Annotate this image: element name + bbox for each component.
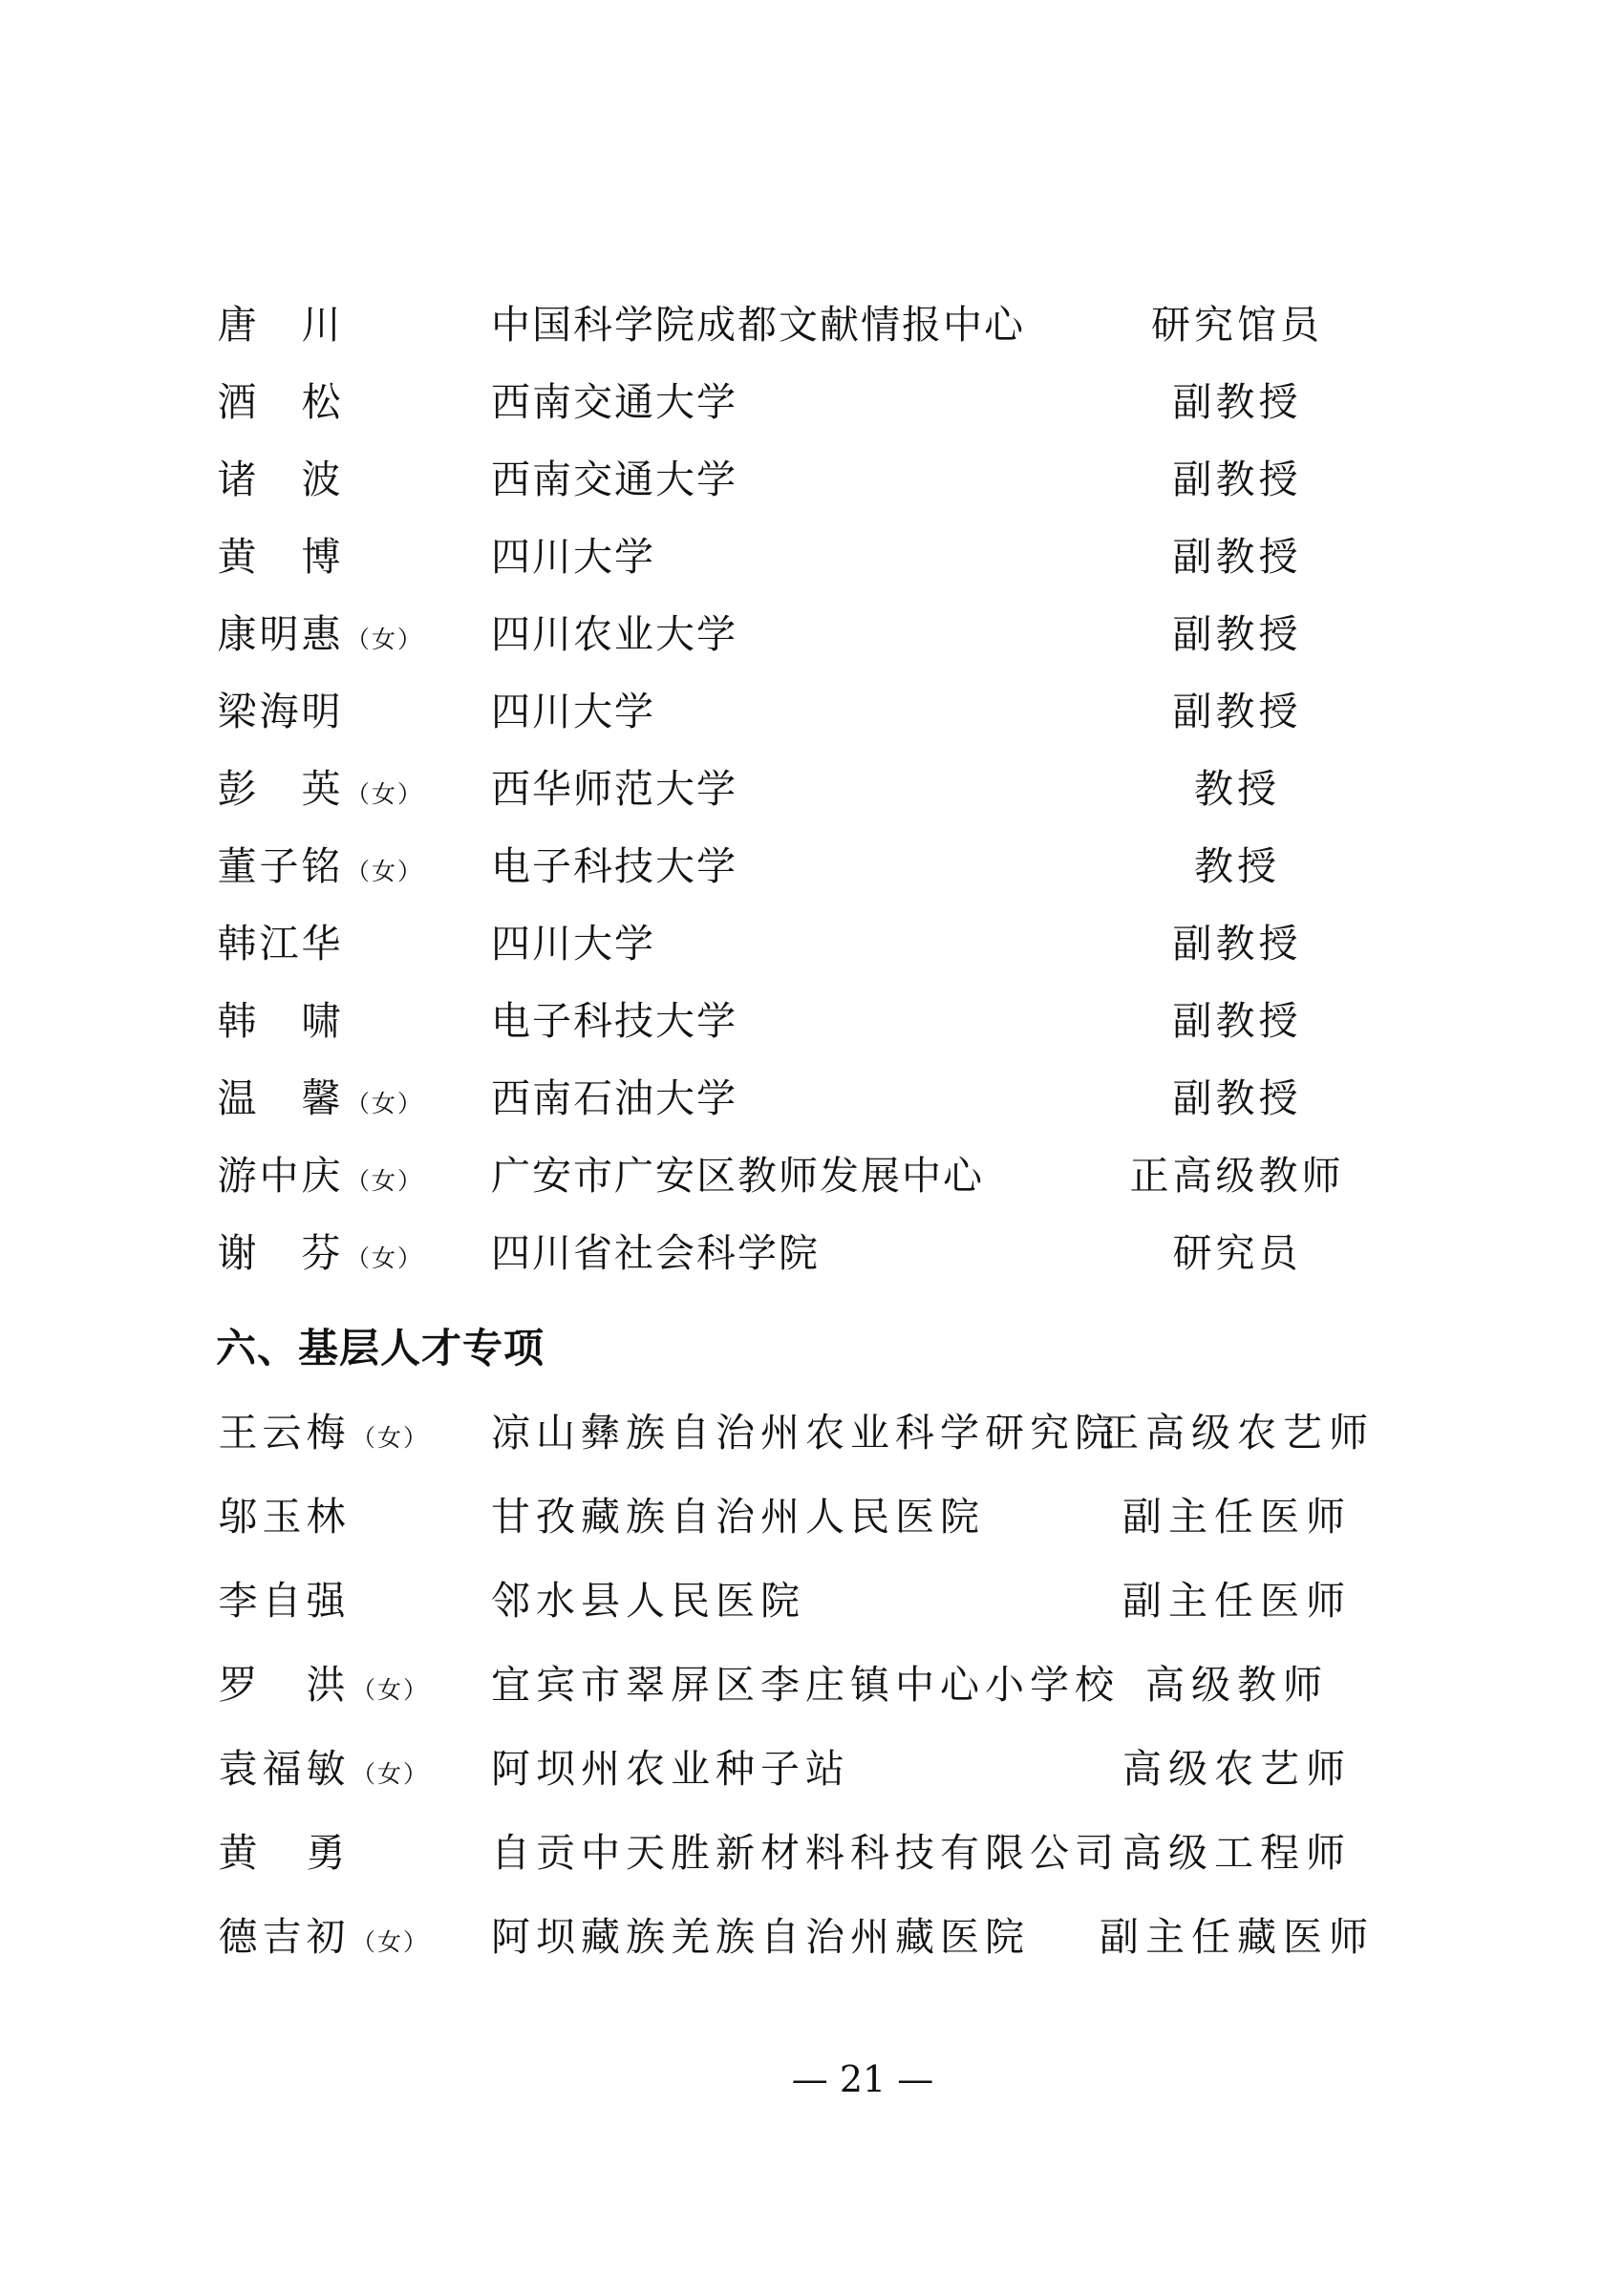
female-marker: （女） — [346, 1075, 423, 1133]
name-char: 勇 — [304, 1824, 348, 1881]
professional-title: 研究馆员 — [1046, 296, 1428, 353]
section-heading: 六、基层人才专项 — [216, 1322, 545, 1375]
list-row: 邬玉林 甘孜藏族自治州人民医院 副主任医师 — [0, 1488, 1624, 1545]
name-char: 德 — [216, 1908, 260, 1966]
list-row: 李自强 邻水县人民医院 副主任医师 — [0, 1572, 1624, 1629]
organization: 电子科技大学 — [491, 992, 737, 1050]
organization: 宜宾市翠屏区李庄镇中心小学校 — [491, 1656, 1120, 1713]
person-name: 康明惠（女） — [216, 606, 483, 663]
professional-title: 副教授 — [1046, 373, 1428, 431]
person-name: 游中庆（女） — [216, 1147, 483, 1204]
person-name: 罗洪（女） — [216, 1656, 483, 1713]
list-row: 诸波 西南交通大学 副教授 — [0, 451, 1624, 508]
name-char: 玉 — [260, 1488, 304, 1545]
name-char: 惠 — [300, 606, 342, 663]
name-char: 波 — [300, 451, 342, 508]
professional-title: 正高级教师 — [1046, 1147, 1428, 1204]
person-name: 袁福敏（女） — [216, 1740, 483, 1797]
name-char: 酒 — [216, 373, 258, 431]
list-row: 董子铭（女） 电子科技大学 教授 — [0, 838, 1624, 895]
organization: 西南交通大学 — [491, 451, 737, 508]
female-marker: （女） — [346, 1230, 423, 1287]
name-char: 邬 — [216, 1488, 260, 1545]
organization: 阿坝州农业种子站 — [491, 1740, 850, 1797]
list-row: 彭英（女） 西华师范大学 教授 — [0, 760, 1624, 818]
person-name: 诸波 — [216, 451, 483, 508]
person-name: 温馨（女） — [216, 1070, 483, 1127]
person-name: 董子铭（女） — [216, 838, 483, 895]
organization: 四川大学 — [491, 915, 655, 972]
organization: 凉山彝族自治州农业科学研究院 — [491, 1404, 1120, 1461]
professional-title: 副教授 — [1046, 915, 1428, 972]
person-name: 韩江华 — [216, 915, 483, 972]
name-char: 海 — [258, 683, 300, 740]
professional-title: 高级工程师 — [1046, 1824, 1428, 1881]
professional-title: 教授 — [1046, 838, 1428, 895]
professional-title: 教授 — [1046, 760, 1428, 818]
organization: 四川大学 — [491, 683, 655, 740]
person-name: 黄勇 — [216, 1824, 483, 1881]
person-name: 梁海明 — [216, 683, 483, 740]
name-char: 啸 — [300, 992, 342, 1050]
name-char: 吉 — [260, 1908, 304, 1966]
list-row: 唐川 中国科学院成都文献情报中心 研究馆员 — [0, 296, 1624, 353]
person-name: 彭英（女） — [216, 760, 483, 818]
name-char: 馨 — [300, 1070, 342, 1127]
organization: 广安市广安区教师发展中心 — [491, 1147, 984, 1204]
name-char: 敏 — [304, 1740, 348, 1797]
name-char: 王 — [216, 1404, 260, 1461]
list-row: 康明惠（女） 四川农业大学 副教授 — [0, 606, 1624, 663]
name-char: 康 — [216, 606, 258, 663]
female-marker: （女） — [352, 1410, 429, 1467]
person-name: 李自强 — [216, 1572, 483, 1629]
name-char: 英 — [300, 760, 342, 818]
organization: 西南石油大学 — [491, 1070, 737, 1127]
name-char: 铭 — [300, 838, 342, 895]
name-char: 子 — [258, 838, 300, 895]
person-name: 韩啸 — [216, 992, 483, 1050]
professional-title: 副教授 — [1046, 992, 1428, 1050]
name-char: 韩 — [216, 915, 258, 972]
name-char: 云 — [260, 1404, 304, 1461]
female-marker: （女） — [352, 1746, 429, 1803]
professional-title: 副教授 — [1046, 528, 1428, 585]
name-char: 庆 — [300, 1147, 342, 1204]
organization: 四川农业大学 — [491, 606, 737, 663]
person-name: 唐川 — [216, 296, 483, 353]
name-char: 江 — [258, 915, 300, 972]
list-row: 黄勇 自贡中天胜新材料科技有限公司 高级工程师 — [0, 1824, 1624, 1881]
name-char: 芬 — [300, 1224, 342, 1282]
name-char: 林 — [304, 1488, 348, 1545]
name-char: 福 — [260, 1740, 304, 1797]
organization: 西华师范大学 — [491, 760, 737, 818]
name-char: 松 — [300, 373, 342, 431]
name-char: 强 — [304, 1572, 348, 1629]
person-name: 王云梅（女） — [216, 1404, 483, 1461]
list-row: 黄博 四川大学 副教授 — [0, 528, 1624, 585]
name-char: 自 — [260, 1572, 304, 1629]
name-char: 川 — [300, 296, 342, 353]
name-char: 梁 — [216, 683, 258, 740]
name-char: 梅 — [304, 1404, 348, 1461]
organization: 甘孜藏族自治州人民医院 — [491, 1488, 985, 1545]
professional-title: 高级教师 — [1046, 1656, 1428, 1713]
name-char: 唐 — [216, 296, 258, 353]
name-char: 李 — [216, 1572, 260, 1629]
professional-title: 副教授 — [1046, 1070, 1428, 1127]
list-row: 王云梅（女） 凉山彝族自治州农业科学研究院 正高级农艺师 — [0, 1404, 1624, 1461]
name-char: 袁 — [216, 1740, 260, 1797]
list-row: 游中庆（女） 广安市广安区教师发展中心 正高级教师 — [0, 1147, 1624, 1204]
name-char: 华 — [300, 915, 342, 972]
person-name: 邬玉林 — [216, 1488, 483, 1545]
page-number: — 21 — — [0, 2058, 1624, 2100]
name-char: 初 — [304, 1908, 348, 1966]
name-char: 彭 — [216, 760, 258, 818]
list-row: 梁海明 四川大学 副教授 — [0, 683, 1624, 740]
name-char: 明 — [300, 683, 342, 740]
name-char: 诸 — [216, 451, 258, 508]
name-char: 温 — [216, 1070, 258, 1127]
list-row: 韩啸 电子科技大学 副教授 — [0, 992, 1624, 1050]
name-char: 洪 — [304, 1656, 348, 1713]
organization: 阿坝藏族羌族自治州藏医院 — [491, 1908, 1030, 1966]
female-marker: （女） — [352, 1662, 429, 1719]
professional-title: 副主任医师 — [1046, 1572, 1428, 1629]
name-char: 罗 — [216, 1656, 260, 1713]
list-row: 谢芬（女） 四川省社会科学院 研究员 — [0, 1224, 1624, 1282]
professional-title: 高级农艺师 — [1046, 1740, 1428, 1797]
professional-title: 副主任医师 — [1046, 1488, 1428, 1545]
organization: 四川省社会科学院 — [491, 1224, 820, 1282]
professional-title: 正高级农艺师 — [1046, 1404, 1428, 1461]
person-name: 黄博 — [216, 528, 483, 585]
professional-title: 副主任藏医师 — [1046, 1908, 1428, 1966]
female-marker: （女） — [352, 1914, 429, 1971]
list-row: 韩江华 四川大学 副教授 — [0, 915, 1624, 972]
professional-title: 副教授 — [1046, 451, 1428, 508]
organization: 电子科技大学 — [491, 838, 737, 895]
organization: 自贡中天胜新材料科技有限公司 — [491, 1824, 1120, 1881]
name-char: 游 — [216, 1147, 258, 1204]
name-char: 董 — [216, 838, 258, 895]
female-marker: （女） — [346, 1153, 423, 1210]
name-char: 黄 — [216, 1824, 260, 1881]
name-char: 黄 — [216, 528, 258, 585]
list-row: 德吉初（女） 阿坝藏族羌族自治州藏医院 副主任藏医师 — [0, 1908, 1624, 1966]
organization: 中国科学院成都文献情报中心 — [491, 296, 1025, 353]
name-char: 明 — [258, 606, 300, 663]
professional-title: 副教授 — [1046, 606, 1428, 663]
name-char: 博 — [300, 528, 342, 585]
person-name: 谢芬（女） — [216, 1224, 483, 1282]
name-char: 谢 — [216, 1224, 258, 1282]
list-row: 袁福敏（女） 阿坝州农业种子站 高级农艺师 — [0, 1740, 1624, 1797]
name-char: 中 — [258, 1147, 300, 1204]
list-row: 温馨（女） 西南石油大学 副教授 — [0, 1070, 1624, 1127]
female-marker: （女） — [346, 843, 423, 901]
professional-title: 副教授 — [1046, 683, 1428, 740]
document-page: 唐川 中国科学院成都文献情报中心 研究馆员 酒松 西南交通大学 副教授 诸波 西… — [0, 0, 1624, 2296]
female-marker: （女） — [346, 766, 423, 823]
name-char: 韩 — [216, 992, 258, 1050]
professional-title: 研究员 — [1046, 1224, 1428, 1282]
female-marker: （女） — [346, 611, 423, 669]
person-name: 酒松 — [216, 373, 483, 431]
organization: 西南交通大学 — [491, 373, 737, 431]
organization: 邻水县人民医院 — [491, 1572, 805, 1629]
person-name: 德吉初（女） — [216, 1908, 483, 1966]
list-row: 酒松 西南交通大学 副教授 — [0, 373, 1624, 431]
organization: 四川大学 — [491, 528, 655, 585]
list-row: 罗洪（女） 宜宾市翠屏区李庄镇中心小学校 高级教师 — [0, 1656, 1624, 1713]
